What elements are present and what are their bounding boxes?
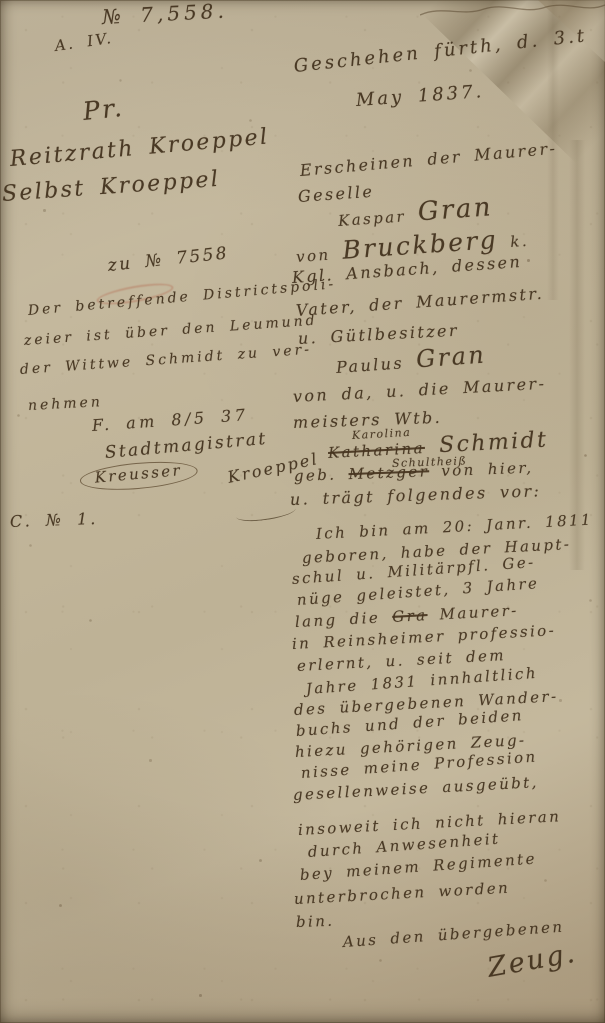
origin-prefix: von (296, 245, 344, 266)
place-date-line: May 1837. (355, 83, 485, 111)
person-name-line: Paulus Gran (335, 343, 487, 379)
vertical-crease (569, 140, 585, 570)
surname: Gran (415, 341, 487, 374)
statement-line: bin. (296, 914, 335, 931)
struck-maiden-name: Metzger (348, 462, 429, 483)
first-name: Kaspar (338, 206, 419, 230)
paper-edge-line (420, 0, 605, 22)
margin-reference: zu № 7558 (107, 245, 230, 275)
manuscript-page: № 7,558. A. IV. Pr. Reitzrath Kroeppel S… (0, 0, 605, 1023)
authority-name: Stadtmagistrat (104, 431, 268, 463)
addressee-line: Reitzrath Kroeppel (9, 125, 270, 171)
geb-abbrev: geb. (294, 465, 349, 485)
marginal-note-line: Der betreffende Districtspoli- (27, 277, 336, 319)
after-maiden: von hier, (429, 459, 534, 481)
file-mark: C. № 1. (10, 511, 99, 531)
circled-signature: Kreusser (79, 458, 198, 494)
text-before-strike: lang die (294, 608, 392, 631)
file-number: № 7,558. (101, 0, 228, 28)
origin-suffix: k. (498, 232, 530, 252)
body-line: Erscheinen der Maurer- (299, 141, 558, 180)
body-line: u. trägt folgendes vor: (290, 483, 542, 509)
surname: Gran (417, 192, 494, 227)
addressee-line: Selbst Kroeppel (1, 168, 221, 206)
praesentatum-mark: Pr. (82, 95, 126, 125)
marginal-note-line: nehmen (28, 395, 104, 414)
paper-speckles (0, 0, 1, 1)
body-line: von da, u. die Maurer- (293, 376, 547, 406)
marginal-note-line: der Wittwe Schmidt zu ver- (19, 343, 312, 378)
closing-signature-word: Zeug. (486, 940, 580, 984)
first-name: Paulus (335, 352, 417, 377)
struck-word: Gra (392, 606, 428, 626)
place-date-line: Geschehen fürth, d. 3.t (293, 27, 588, 77)
maiden-name-line: geb. Metzger von hier, (294, 461, 534, 485)
statement-line: unterbrochen worden (294, 881, 511, 908)
registry-mark: A. IV. (54, 31, 114, 55)
margin-date-line: F. am 8/5 37 (91, 407, 249, 435)
signature-flourish (235, 502, 296, 523)
text-after-strike: Maurer- (427, 601, 519, 624)
